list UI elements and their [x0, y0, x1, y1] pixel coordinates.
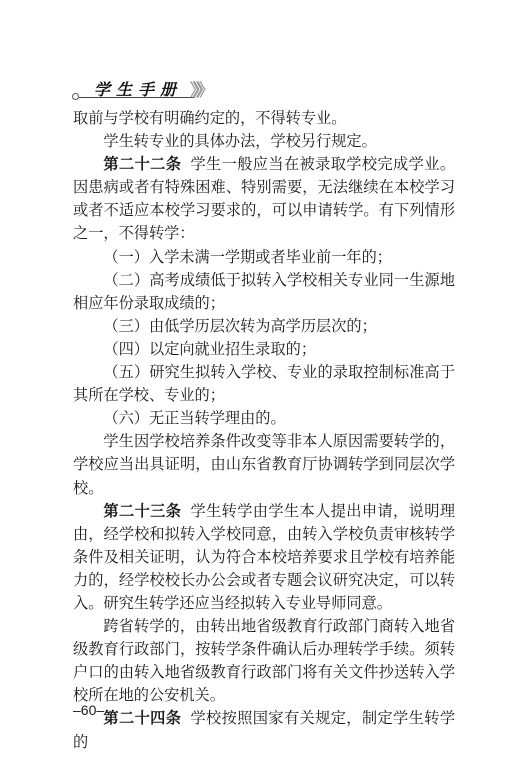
- circle-ornament-icon: [72, 93, 79, 100]
- paragraph: 取前与学校有明确约定的，不得转专业。: [73, 107, 455, 130]
- list-item: （一）入学未满一学期或者毕业前一年的；: [73, 246, 455, 269]
- paragraph-text: 学生因学校培养条件改变等非本人原因需要转学的，学校应当出具证明，由山东省教育厅协…: [73, 432, 455, 496]
- handbook-title: 学生手册: [94, 77, 182, 100]
- paragraph-text: （三）由低学历层次转为高学历层次的；: [103, 317, 376, 335]
- article-24: 第二十四条学校按照国家有关规定，制定学生转学的: [73, 707, 455, 753]
- list-item: （三）由低学历层次转为高学历层次的；: [73, 315, 455, 338]
- paragraph-text: （五）研究生拟转入学校、专业的录取控制标准高于其所在学校、专业的；: [73, 363, 455, 404]
- article-number: 第二十三条: [103, 502, 181, 520]
- paragraph-text: （一）入学未满一学期或者毕业前一年的；: [103, 248, 392, 266]
- paragraph: 学生转专业的具体办法，学校另行规定。: [73, 130, 455, 153]
- list-item: （四）以定向就业招生录取的；: [73, 338, 455, 361]
- article-23: 第二十三条学生转学由学生本人提出申请，说明理由，经学校和拟转入学校同意，由转入学…: [73, 500, 455, 615]
- list-item: （六）无正当转学理由的。: [73, 407, 455, 430]
- paragraph-text: （四）以定向就业招生录取的；: [103, 340, 316, 358]
- triple-chevron-icon: 》》》: [190, 76, 209, 101]
- article-number: 第二十四条: [103, 709, 181, 727]
- paragraph-text: 学生转专业的具体办法，学校另行规定。: [103, 132, 376, 150]
- paragraph-text: （二）高考成绩低于拟转入学校相关专业同一生源地相应年份录取成绩的；: [73, 271, 455, 312]
- running-header: 学生手册 》》》: [72, 77, 222, 101]
- list-item: （二）高考成绩低于拟转入学校相关专业同一生源地相应年份录取成绩的；: [73, 269, 455, 315]
- paragraph-text: 取前与学校有明确约定的，不得转专业。: [73, 109, 346, 127]
- article-22: 第二十二条学生一般应当在被录取学校完成学业。因患病或者有特殊困难、特别需要，无法…: [73, 153, 455, 245]
- page-number: –60–: [73, 702, 104, 718]
- body-text: 取前与学校有明确约定的，不得转专业。 学生转专业的具体办法，学校另行规定。 第二…: [73, 107, 455, 754]
- list-item: （五）研究生拟转入学校、专业的录取控制标准高于其所在学校、专业的；: [73, 361, 455, 407]
- paragraph: 学生因学校培养条件改变等非本人原因需要转学的，学校应当出具证明，由山东省教育厅协…: [73, 430, 455, 499]
- paragraph-text: （六）无正当转学理由的。: [103, 409, 285, 427]
- article-number: 第二十二条: [103, 155, 181, 173]
- paragraph: 跨省转学的，由转出地省级教育行政部门商转入地省级教育行政部门，按转学条件确认后办…: [73, 615, 455, 707]
- paragraph-text: 跨省转学的，由转出地省级教育行政部门商转入地省级教育行政部门，按转学条件确认后办…: [73, 617, 455, 704]
